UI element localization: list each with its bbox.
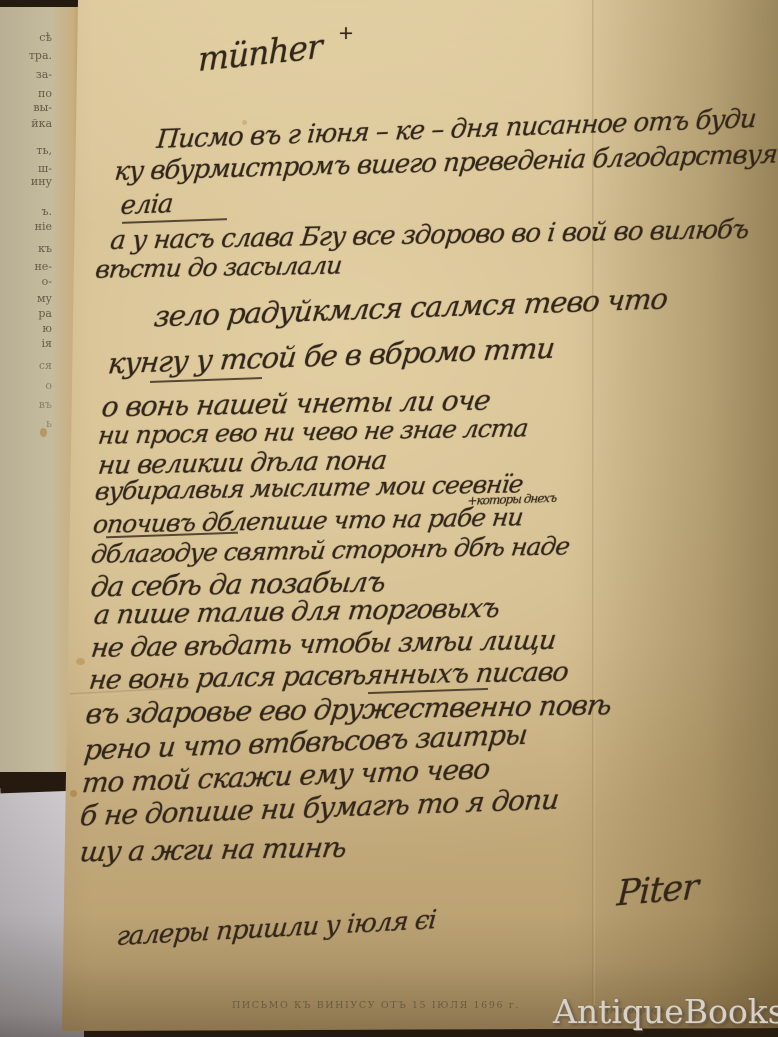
interlinear-note: +которы днехъ	[467, 491, 557, 508]
signature-piter: Piter	[616, 867, 699, 914]
postscript-line: галеры пришли у іюля єі	[115, 905, 437, 952]
manuscript-line: кунгу у тсой бе в вбромо тти	[106, 330, 556, 380]
manuscript-line: а у насъ слава Бгу все здорово во і вой …	[109, 215, 750, 256]
manuscript-line: ни прося ево ни чево не знае лста	[96, 414, 529, 451]
manuscript-line: зело радуйкмлся салмся тево что	[152, 281, 669, 333]
manuscript-line: шу а жги на тинѣ	[78, 830, 348, 868]
manuscript-line: вѣсти до засылали	[94, 251, 343, 284]
manuscript-line: вубиралвыя мыслите мои сеевнїе	[93, 470, 524, 507]
manuscript-ink-layer: münher + Писмо въ г іюня – ке – дня писа…	[0, 0, 778, 1037]
manuscript-line: а пише талив для торговыхъ	[92, 593, 501, 631]
handwritten-heading: münher	[198, 27, 322, 79]
cross-mark: +	[338, 22, 353, 44]
antiquebooks-watermark: AntiqueBooks.ru	[553, 992, 778, 1031]
printed-caption: ПИСЬМО КЪ ВИНІУСУ ОТЪ 15 ІЮЛЯ 1696 г.	[232, 1000, 552, 1011]
manuscript-line: еліа	[119, 189, 173, 221]
